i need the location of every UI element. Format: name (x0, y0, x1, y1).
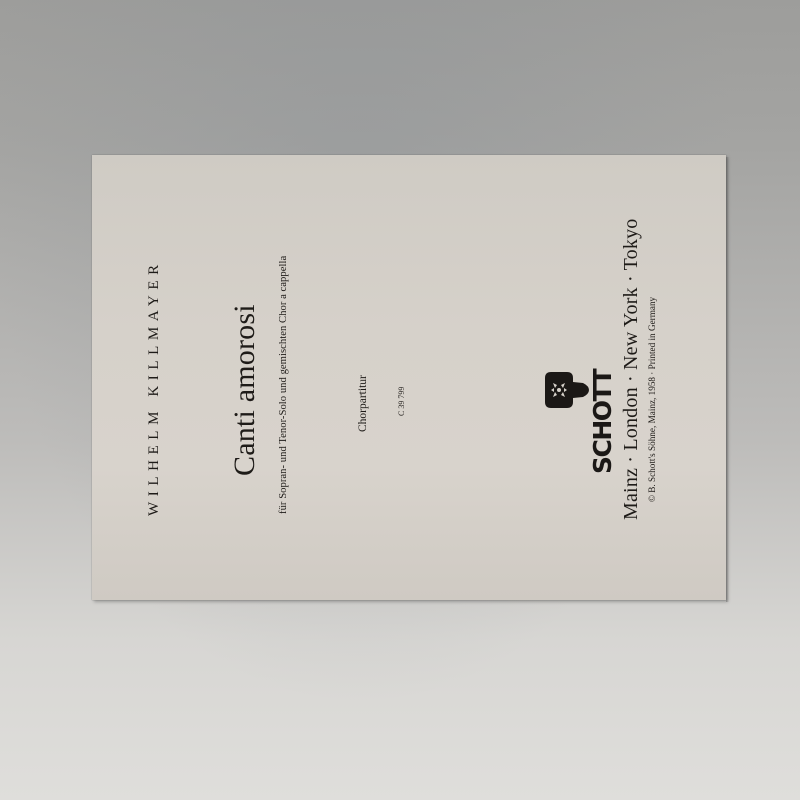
publisher-cities: Mainz · London · New York · Tokyo (620, 219, 643, 520)
work-title: Canti amorosi (228, 304, 262, 476)
schott-emblem-icon (541, 370, 591, 410)
work-subtitle: für Sopran- und Tenor-Solo und gemischte… (278, 256, 289, 514)
copyright-line: © B. Schott's Söhne, Mainz, 1958 · Print… (647, 297, 657, 502)
publisher-logo-wordmark: SCHOTT (588, 370, 617, 474)
composer-name: WILHELM KILLMAYER (146, 259, 163, 516)
catalog-number: C 39 799 (397, 387, 406, 416)
score-type: Chorpartitur (357, 375, 369, 432)
